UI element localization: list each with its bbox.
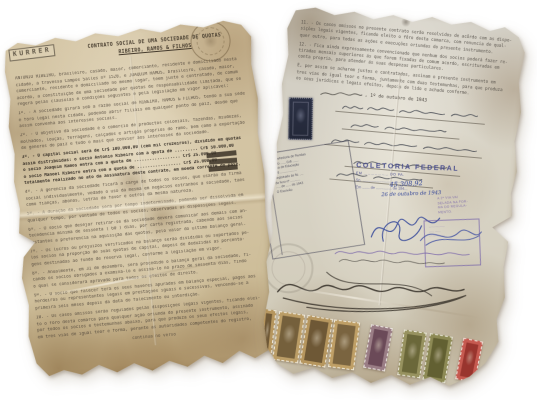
revenue-stamp-center bbox=[460, 342, 478, 378]
revenue-stamp-navy bbox=[288, 98, 313, 140]
document-right: 11. - Os casos omissos no presente contr… bbox=[254, 2, 529, 394]
revenue-stamp-olive bbox=[422, 333, 452, 383]
handwritten-city bbox=[319, 87, 364, 101]
coletoria-federal-stamp: COLETORIA FEDERAL EM .................. … bbox=[355, 162, 486, 193]
revenue-stamp-mauve bbox=[363, 324, 393, 371]
revenue-stamp-tan bbox=[328, 319, 360, 370]
revenue-stamp-center bbox=[277, 316, 301, 359]
revenue-stamp-center bbox=[333, 324, 356, 366]
revenue-stamp-center bbox=[402, 334, 422, 374]
handwritten-date: 26 de outubro de 1943 bbox=[381, 190, 441, 198]
revenue-stamp-center bbox=[262, 313, 272, 353]
photo-background: KURRER CONTRATO SOCIAL DE UMA SOCIEDADE … bbox=[0, 0, 537, 400]
document-right-sheet: 11. - Os casos omissos no presente contr… bbox=[254, 2, 529, 394]
document-left-sheet: KURRER CONTRATO SOCIAL DE UMA SOCIEDADE … bbox=[0, 16, 281, 382]
ink-blot bbox=[401, 16, 411, 28]
receipt-box-stamp: Recebedoria de RendasSéllo ...... Cr$ ..… bbox=[256, 140, 365, 259]
revenue-stamp-center bbox=[368, 329, 388, 367]
revenue-stamp-red bbox=[455, 338, 483, 383]
revenue-stamp-center bbox=[427, 338, 448, 379]
revenue-stamp-center bbox=[304, 320, 328, 363]
document-left: KURRER CONTRATO SOCIAL DE UMA SOCIEDADE … bbox=[0, 16, 281, 382]
revenue-stamp-olive bbox=[397, 329, 426, 378]
second-via-stamp: A 2ª VIA VAISELADA NA FOR-MA DO REGULA-M… bbox=[437, 194, 469, 214]
